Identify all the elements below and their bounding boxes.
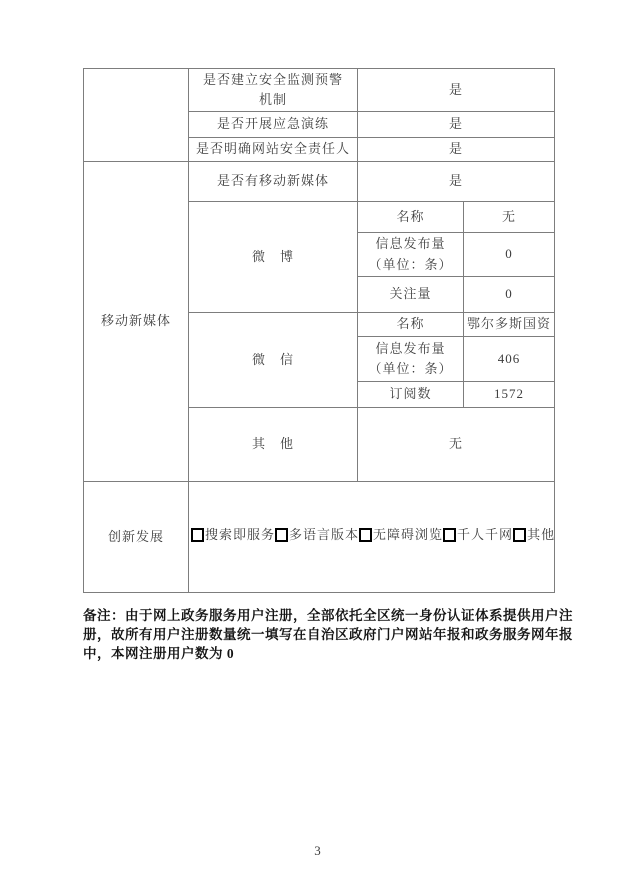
weibo-followers-value: 0: [464, 277, 555, 313]
option-label: 无障碍浏览: [373, 525, 443, 545]
wechat-name-label: 名称: [358, 313, 464, 337]
security-question-responsible: 是否明确网站安全责任人: [189, 138, 358, 162]
footnote: 备注：由于网上政务服务用户注册，全部依托全区统一身份认证体系提供用户注 册，故所…: [83, 606, 565, 663]
option-multilingual: 多语言版本: [275, 525, 359, 545]
wechat-name-value: 鄂尔多斯国资: [464, 313, 555, 337]
mobile-media-answer: 是: [358, 162, 555, 202]
checkbox-icon: [443, 528, 456, 542]
question-text: 机制: [191, 90, 355, 110]
security-answer-monitoring: 是: [358, 69, 555, 112]
wechat-label-cell: 微 信: [189, 313, 358, 408]
other-media-label: 其 他: [189, 408, 358, 482]
field-text: 信息发布量: [360, 339, 461, 359]
option-label: 搜索即服务: [205, 525, 275, 545]
footnote-line: 中，本网注册用户数为 0: [83, 644, 565, 663]
mobile-media-question: 是否有移动新媒体: [189, 162, 358, 202]
option-accessibility: 无障碍浏览: [359, 525, 443, 545]
innovation-options-cell: 搜索即服务多语言版本无障碍浏览千人千网其他: [189, 482, 555, 593]
weibo-name-label: 名称: [358, 202, 464, 233]
weibo-name-value: 无: [464, 202, 555, 233]
weibo-posts-value: 0: [464, 233, 555, 277]
security-answer-drill: 是: [358, 112, 555, 138]
weibo-posts-label: 信息发布量 （单位：条）: [358, 233, 464, 277]
footnote-line: 备注：由于网上政务服务用户注册，全部依托全区统一身份认证体系提供用户注: [83, 606, 565, 625]
checkbox-icon: [513, 528, 526, 542]
wechat-posts-value: 406: [464, 337, 555, 382]
section-cell-innovation: 创新发展: [84, 482, 189, 593]
question-text: 是否建立安全监测预警: [191, 70, 355, 90]
field-text: （单位：条）: [360, 255, 461, 275]
wechat-subscribers-value: 1572: [464, 382, 555, 408]
option-label: 多语言版本: [289, 525, 359, 545]
checkbox-icon: [191, 528, 204, 542]
option-search-service: 搜索即服务: [191, 525, 275, 545]
field-text: （单位：条）: [360, 359, 461, 379]
option-label: 千人千网: [457, 525, 513, 545]
report-table: 是否建立安全监测预警 机制 是 是否开展应急演练 是 是否明确网站安全责任人 是…: [83, 68, 555, 593]
other-media-value: 无: [358, 408, 555, 482]
checkbox-icon: [359, 528, 372, 542]
security-answer-responsible: 是: [358, 138, 555, 162]
weibo-followers-label: 关注量: [358, 277, 464, 313]
option-label: 其他: [527, 525, 555, 545]
field-text: 信息发布量: [360, 234, 461, 254]
security-question-monitoring: 是否建立安全监测预警 机制: [189, 69, 358, 112]
footnote-line: 册，故所有用户注册数量统一填写在自治区政府门户网站年报和政务服务网年报: [83, 625, 565, 644]
option-personalized: 千人千网: [443, 525, 513, 545]
document-page: 是否建立安全监测预警 机制 是 是否开展应急演练 是 是否明确网站安全责任人 是…: [0, 0, 635, 876]
security-question-drill: 是否开展应急演练: [189, 112, 358, 138]
option-other: 其他: [513, 525, 555, 545]
section-cell-mobile-media: 移动新媒体: [84, 162, 189, 482]
wechat-subscribers-label: 订阅数: [358, 382, 464, 408]
page-number: 3: [0, 843, 635, 859]
wechat-posts-label: 信息发布量 （单位：条）: [358, 337, 464, 382]
innovation-options-row: 搜索即服务多语言版本无障碍浏览千人千网其他: [191, 530, 555, 545]
section-cell-empty: [84, 69, 189, 162]
checkbox-icon: [275, 528, 288, 542]
weibo-label-cell: 微 博: [189, 202, 358, 313]
